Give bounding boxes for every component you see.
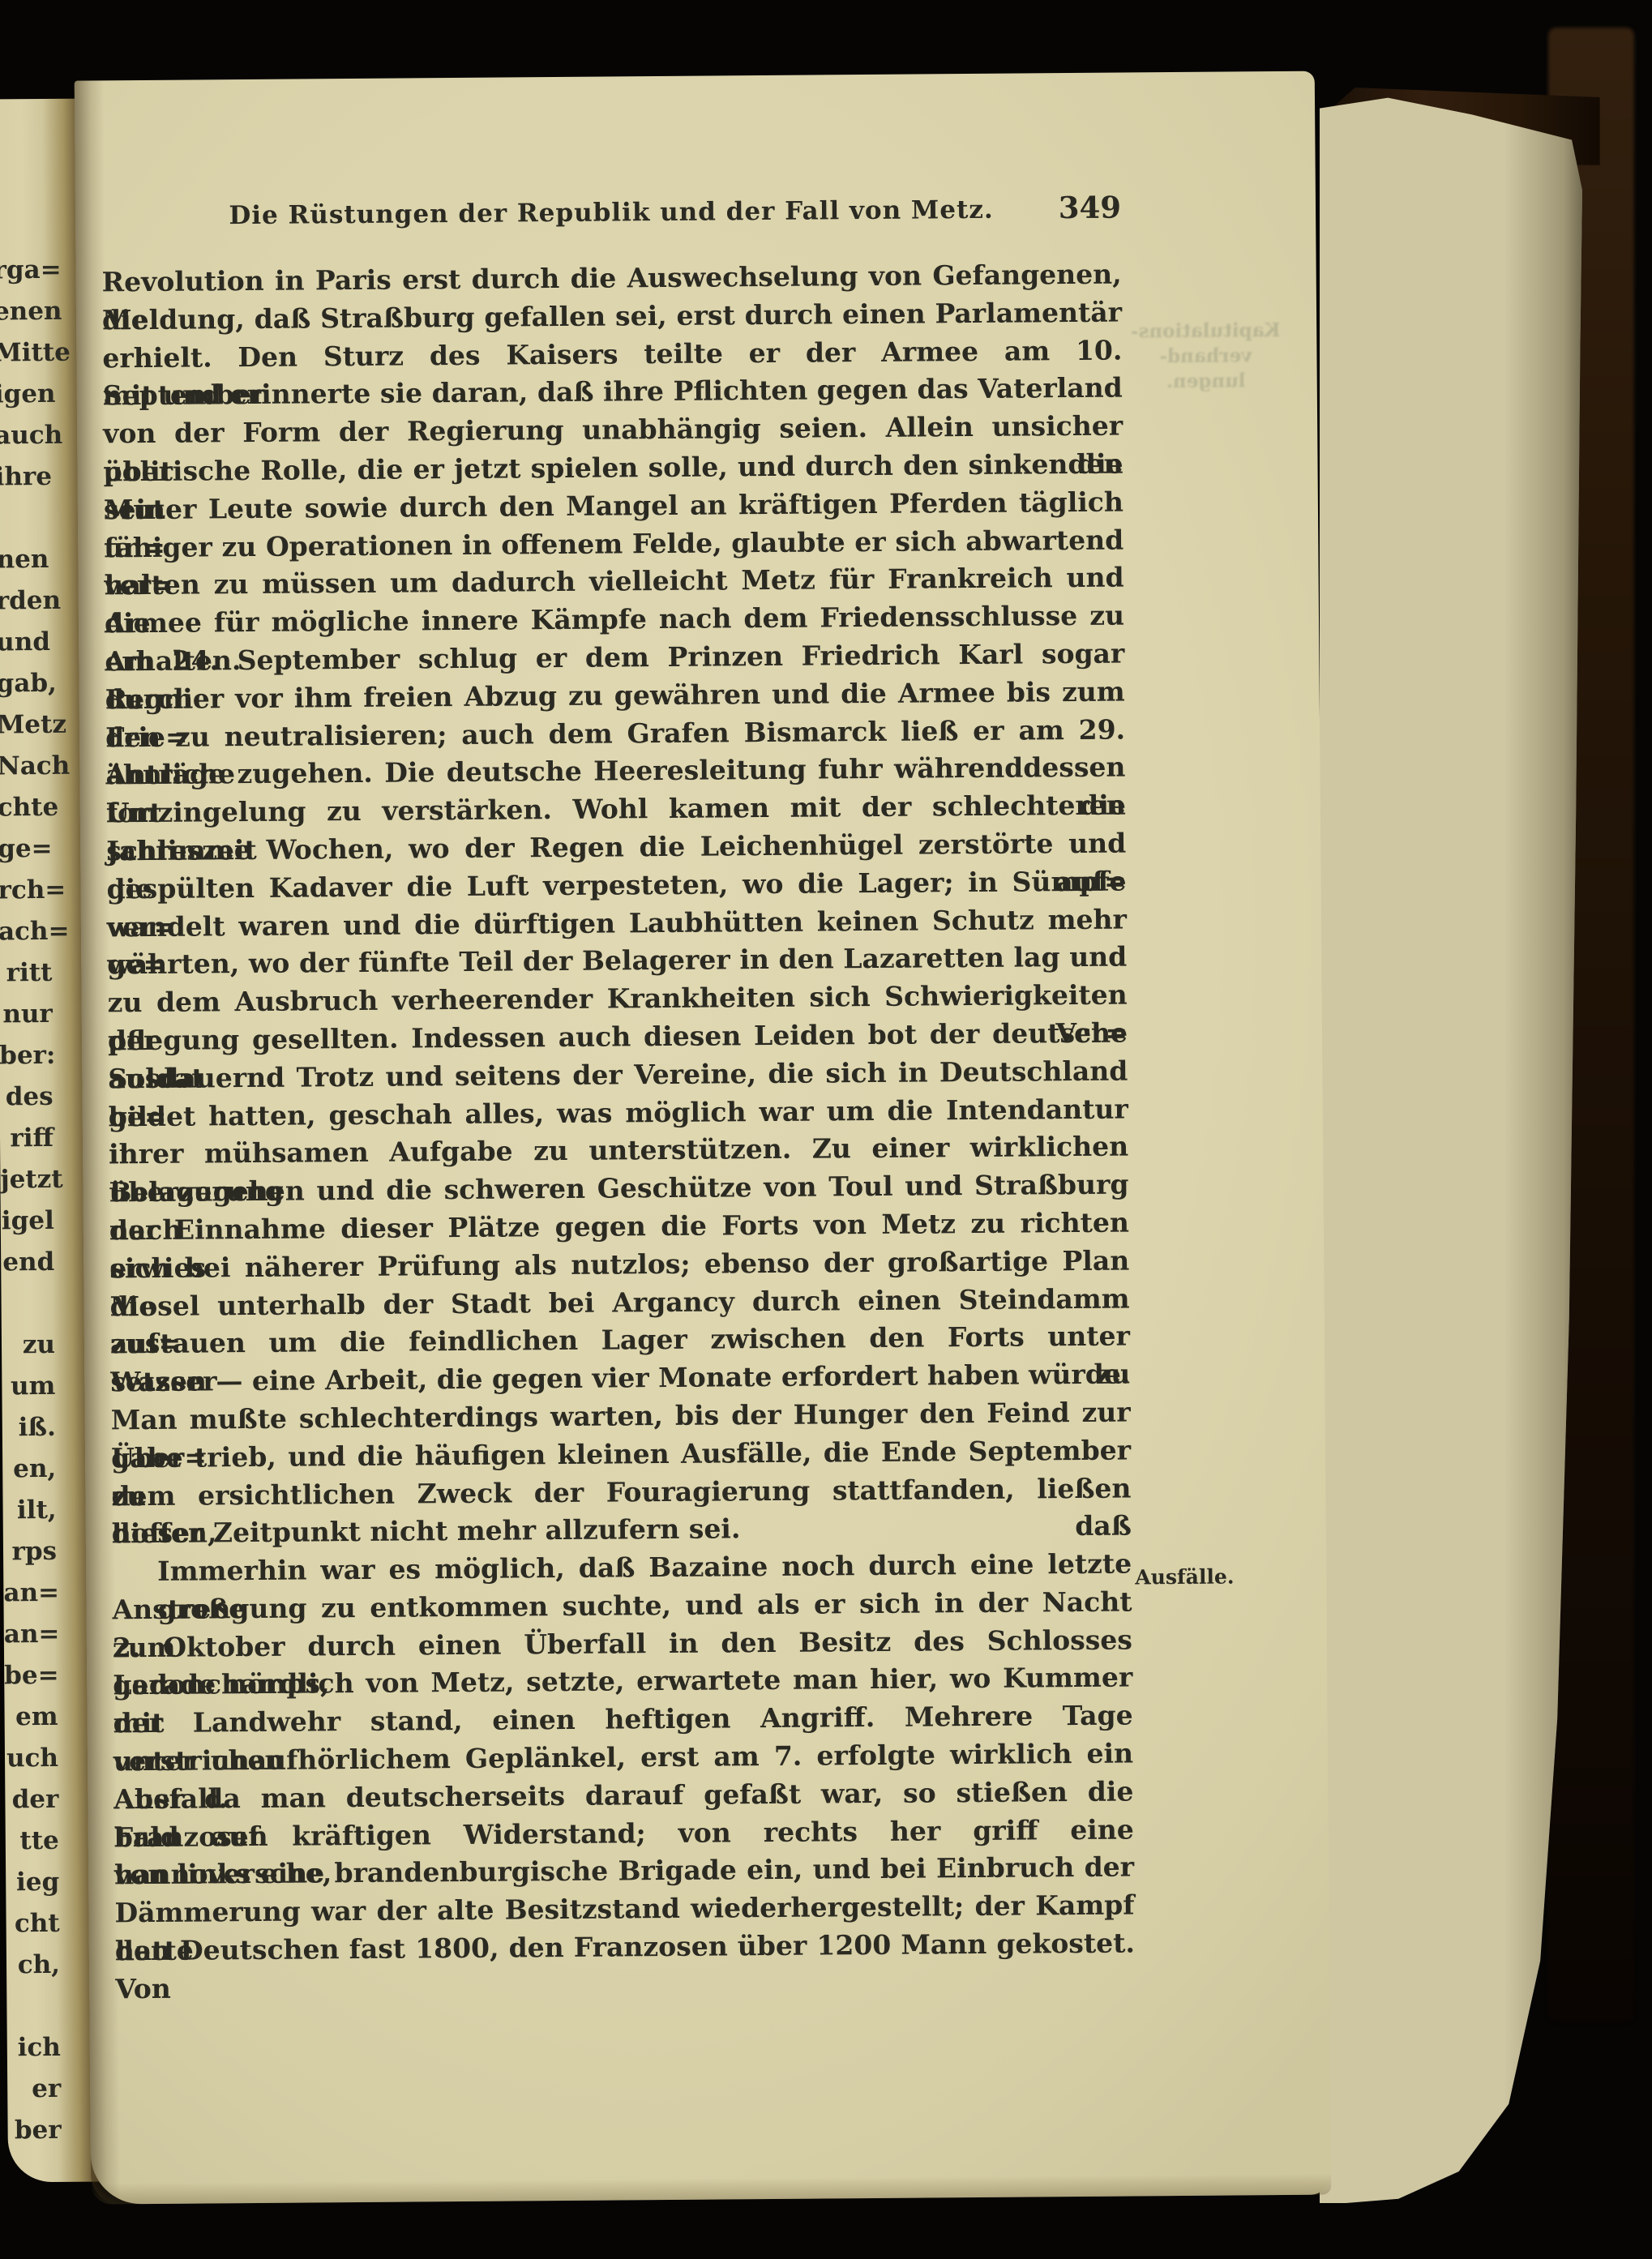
- facing-page-fragment: an=: [3, 1572, 57, 1615]
- facing-page-fragment: Nach: [0, 746, 51, 788]
- facing-page-fragment: ber: [7, 2110, 61, 2152]
- facing-page-fragment: em: [4, 1696, 58, 1739]
- show-through-line: verhand-: [1120, 343, 1290, 370]
- page-number: 349: [1059, 190, 1122, 226]
- facing-page-fragment: igel: [1, 1200, 54, 1243]
- facing-page-fragment: zu: [2, 1324, 55, 1367]
- facing-page-fragment: rps: [3, 1531, 57, 1573]
- body-line: den Deutschen fast 1800, den Franzosen ü…: [115, 1925, 1135, 1971]
- facing-page-fragment: Mitte: [0, 332, 48, 374]
- facing-page-fragment: chte: [0, 787, 51, 829]
- facing-page-fragment: ieg: [6, 1862, 59, 1904]
- show-through-line: Kapitulations-: [1120, 318, 1290, 344]
- facing-page-fragment: uch: [5, 1738, 58, 1780]
- facing-page-fragment: der: [5, 1779, 58, 1821]
- facing-page-fragment: rga=: [0, 250, 47, 292]
- facing-page-fragment: an=: [4, 1614, 58, 1656]
- facing-page-fragment: be=: [4, 1655, 58, 1697]
- show-through-line: lungen.: [1121, 368, 1291, 395]
- facing-page-fragment: [6, 1986, 60, 2028]
- facing-page-fragment: um: [2, 1366, 55, 1408]
- facing-page-fragment: [0, 498, 49, 540]
- facing-page-fragment: nur: [0, 994, 53, 1036]
- facing-page-fragment: Metz: [0, 704, 50, 747]
- facing-page-fragment: ilt,: [2, 1490, 56, 1532]
- facing-page-fragment: cht: [6, 1903, 59, 1945]
- facing-page-fragment: [1, 1283, 54, 1325]
- facing-page-fragment: ritt: [0, 952, 53, 995]
- facing-page-fragment: jetzt: [0, 1159, 53, 1201]
- facing-page-fragment: rch=: [0, 870, 52, 912]
- book-page: Die Rüstungen der Republik und der Fall …: [75, 71, 1332, 2205]
- facing-page-fragment: des: [0, 1076, 53, 1119]
- facing-page-fragment: ihre: [0, 456, 49, 498]
- facing-page-fragment: rden: [0, 580, 49, 623]
- show-through-margin-note: Kapitulations-verhand-lungen.: [1120, 318, 1291, 395]
- facing-page-fragment: igen: [0, 374, 48, 416]
- facing-page-fragment: end: [1, 1242, 54, 1284]
- facing-page-fragment: ach=: [0, 911, 52, 953]
- margin-note: Ausfälle.: [1135, 1564, 1234, 1589]
- facing-page-fragment: nen: [0, 539, 49, 581]
- facing-page-fragment: ge=: [0, 828, 51, 871]
- facing-page-fragment: er: [7, 2069, 61, 2111]
- facing-page-fragment: tte: [6, 1820, 59, 1863]
- facing-page-fragment: ich: [7, 2027, 61, 2069]
- body-text: Revolution in Paris erst durch die Auswe…: [102, 256, 1136, 1971]
- facing-page-fragment: ber:: [0, 1035, 53, 1077]
- running-head-title: Die Rüstungen der Republik und der Fall …: [101, 195, 1121, 232]
- facing-page-fragment: riff: [0, 1118, 53, 1160]
- facing-page-fragment: en,: [2, 1448, 56, 1491]
- facing-page-fragment: auch: [0, 415, 48, 457]
- facing-page-fragment: und: [0, 622, 49, 664]
- scanned-book-photo: rga=enenMitteigenauchihre nenrdenundgab,…: [0, 0, 1652, 2259]
- facing-page-text-fragments: rga=enenMitteigenauchihre nenrdenundgab,…: [0, 250, 62, 2151]
- body-line: dem ersichtlichen Zweck der Fouragierung…: [111, 1470, 1131, 1516]
- facing-page-fragment: gab,: [0, 663, 50, 705]
- facing-page-fragment: iß.: [2, 1407, 56, 1449]
- page-header: Die Rüstungen der Republik und der Fall …: [101, 195, 1121, 240]
- facing-page-fragment: enen: [0, 291, 47, 333]
- facing-page-fragment: ch,: [6, 1945, 60, 1987]
- open-book-pages: rga=enenMitteigenauchihre nenrdenundgab,…: [0, 0, 1652, 2259]
